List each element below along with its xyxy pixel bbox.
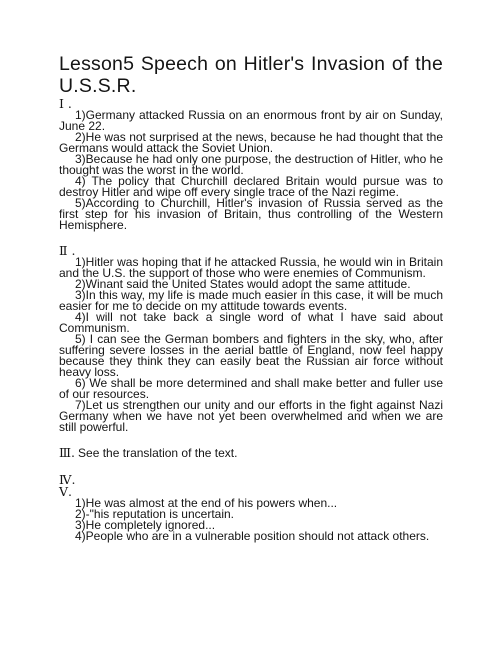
para-i-3: 3)Because he had only one purpose, the d…	[59, 154, 443, 176]
section-v: Ⅴ. 1)He was almost at the end of his pow…	[59, 486, 443, 542]
section-iii: Ⅲ.See the translation of the text.	[59, 447, 443, 459]
para-i-1: 1)Germany attacked Russia on an enormous…	[59, 110, 443, 132]
document-page: Lesson5 Speech on Hitler's Invasion of t…	[0, 0, 502, 649]
para-ii-5: 5) I can see the German bombers and figh…	[59, 334, 443, 378]
para-v-4: 4)People who are in a vulnerable positio…	[59, 531, 443, 542]
section-heading: Ⅲ.See the translation of the text.	[59, 447, 443, 459]
para-ii-7: 7)Let us strengthen our unity and our ef…	[59, 400, 443, 433]
section-numeral: Ⅰ .	[59, 96, 72, 111]
para-ii-1: 1)Hitler was hoping that if he attacked …	[59, 257, 443, 279]
page-title: Lesson5 Speech on Hitler's Invasion of t…	[59, 53, 443, 97]
para-i-4: 4) The policy that Churchill declared Br…	[59, 176, 443, 198]
para-ii-4: 4)I will not take back a single word of …	[59, 312, 443, 334]
section-numeral: Ⅴ.	[59, 484, 72, 499]
para-i-5: 5)According to Churchill, Hitler's invas…	[59, 198, 443, 231]
section-iv: Ⅳ.	[59, 474, 443, 486]
section-i: Ⅰ . 1)Germany attacked Russia on an enor…	[59, 98, 443, 231]
para-ii-3: 3)In this way, my life is made much easi…	[59, 290, 443, 312]
section-heading-text: See the translation of the text.	[78, 446, 237, 460]
section-numeral: Ⅲ.	[59, 445, 75, 460]
section-numeral: Ⅱ .	[59, 243, 75, 258]
para-ii-6: 6) We shall be more determined and shall…	[59, 378, 443, 400]
section-heading: Ⅳ.	[59, 474, 443, 486]
para-i-2: 2)He was not surprised at the news, beca…	[59, 132, 443, 154]
section-ii: Ⅱ . 1)Hitler was hoping that if he attac…	[59, 245, 443, 433]
